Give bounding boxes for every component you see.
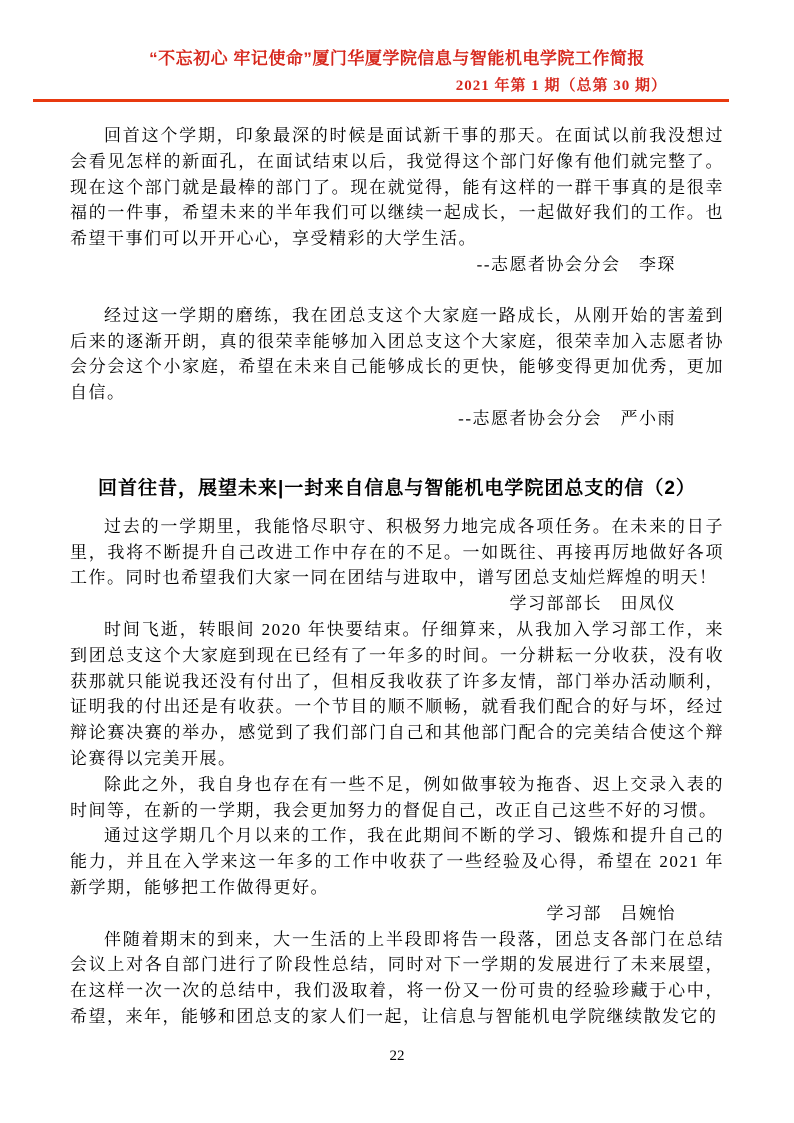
paragraph: 伴随着期末的到来，大一生活的上半段即将告一段落，团总支各部门在总结会议上对各自部… <box>70 927 724 1030</box>
signature-line: --志愿者协会分会 李琛 <box>70 252 724 278</box>
bulletin-title: “不忘初心 牢记使命”厦门华厦学院信息与智能机电学院工作简报 <box>0 44 794 69</box>
bulletin-issue-line: 2021 年第 1 期（总第 30 期） <box>0 74 794 95</box>
document-body: 回首这个学期，印象最深的时候是面试新干事的那天。在面试以前我没想过会看见怎样的新… <box>70 123 724 1030</box>
paragraph: 通过这学期几个月以来的工作，我在此期间不断的学习、锻炼和提升自己的能力，并且在入… <box>70 823 724 900</box>
signature-line: 学习部部长 田凤仪 <box>70 591 724 617</box>
paragraph: 时间飞逝，转眼间 2020 年快要结束。仔细算来，从我加入学习部工作，来到团总支… <box>70 617 724 772</box>
signature-line: --志愿者协会分会 严小雨 <box>70 406 724 432</box>
paragraph: 过去的一学期里，我能恪尽职守、积极努力地完成各项任务。在未来的日子里，我将不断提… <box>70 514 724 591</box>
page-number: 22 <box>0 1048 794 1065</box>
section-heading: 回首往昔，展望未来|一封来自信息与智能机电学院团总支的信（2） <box>70 476 724 502</box>
document-page: “不忘初心 牢记使命”厦门华厦学院信息与智能机电学院工作简报 2021 年第 1… <box>0 0 794 1123</box>
paragraph: 回首这个学期，印象最深的时候是面试新干事的那天。在面试以前我没想过会看见怎样的新… <box>70 123 724 252</box>
header-divider-rule <box>33 99 729 102</box>
paragraph: 经过这一学期的磨练，我在团总支这个大家庭一路成长，从刚开始的害羞到后来的逐渐开朗… <box>70 303 724 406</box>
signature-line: 学习部 吕婉怡 <box>70 901 724 927</box>
paragraph: 除此之外，我自身也存在有一些不足，例如做事较为拖沓、迟上交录入表的时间等，在新的… <box>70 772 724 824</box>
